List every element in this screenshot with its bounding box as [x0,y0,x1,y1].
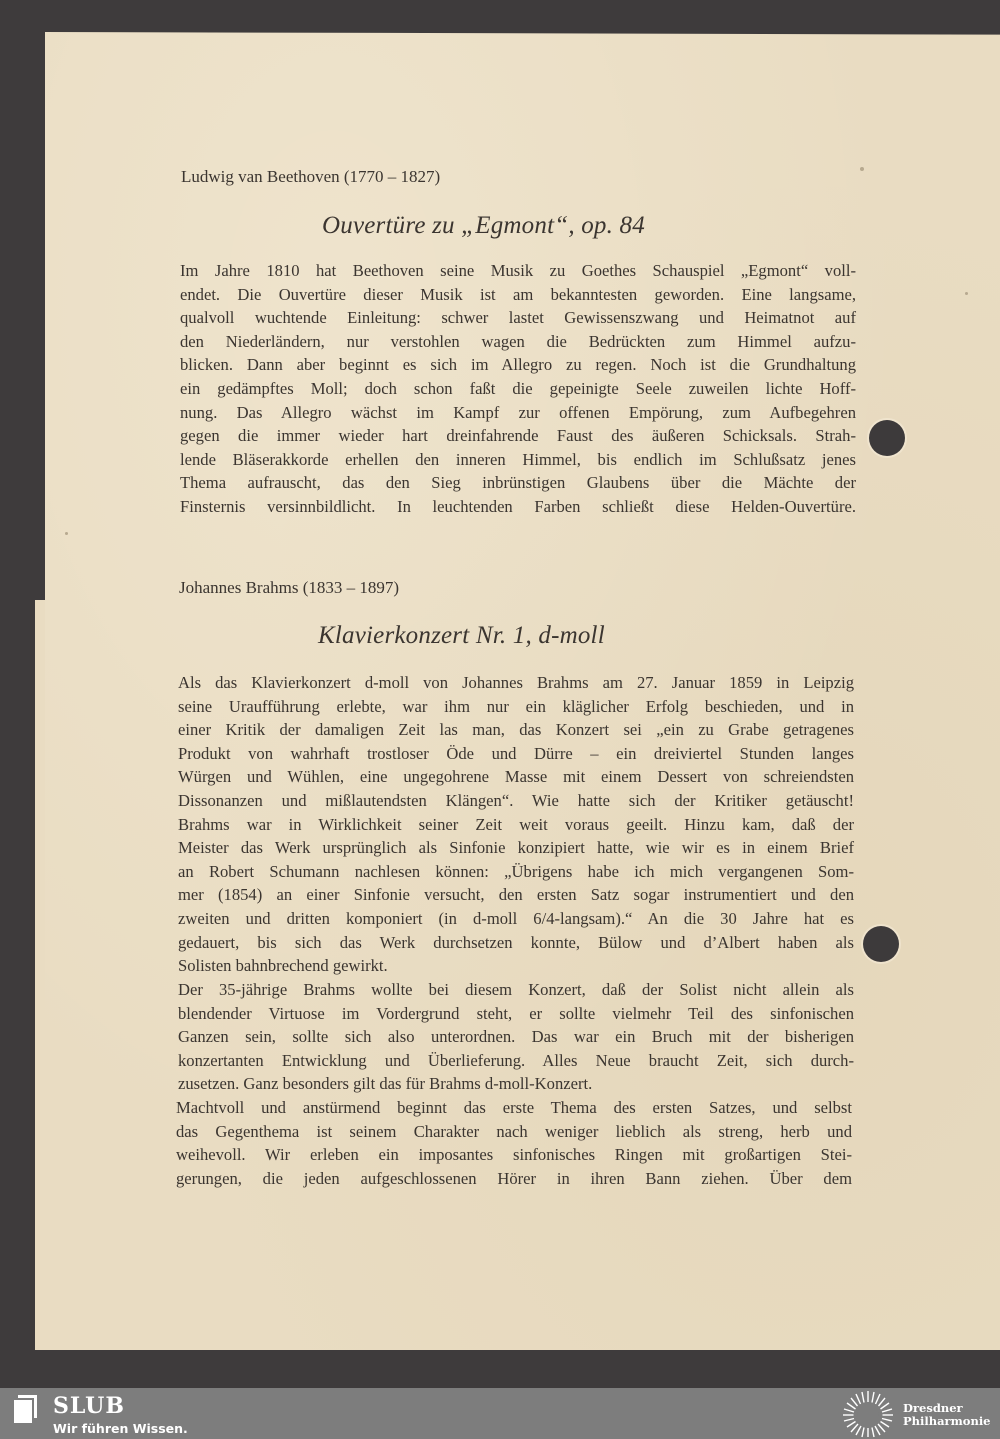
text-line: das Gegenthema ist seinem Charakter nach… [176,1120,852,1144]
text-line: Thema aufrauscht, das den Sieg inbrünsti… [180,471,856,495]
text-line: Ganzen sein, sollte sich also unterordne… [178,1025,854,1049]
composer-heading-beethoven: Ludwig van Beethoven (1770 – 1827) [181,167,440,187]
work-title-klavierkonzert: Klavierkonzert Nr. 1, d-moll [318,622,605,650]
text-line: einer Kritik der damaligen Zeit las man,… [178,718,854,742]
text-line: Brahms war in Wirklichkeit seiner Zeit w… [178,813,854,837]
work-title-egmont: Ouvertüre zu „Egmont“, op. 84 [322,212,645,240]
slub-tagline: Wir führen Wissen. [53,1421,188,1436]
text-line: an Robert Schumann nachlesen können: „Üb… [178,860,854,884]
text-line: zweiten und dritten komponiert (in d-mol… [178,907,854,931]
punch-hole [863,926,899,962]
paper-speck [965,292,968,295]
book-pages-icon [13,1394,41,1424]
dresdner-philharmonie-logo-text: Dresdner Philharmonie [903,1402,991,1428]
paragraph-brahms-3: Machtvoll und anstürmend beginnt das ers… [176,1096,852,1190]
text-line: weihevoll. Wir erleben ein imposantes si… [176,1143,852,1167]
dp-line2: Philharmonie [903,1415,991,1428]
sunburst-ring-icon [841,1390,895,1438]
text-line: Solisten bahnbrechend gewirkt. [178,954,854,978]
text-line: seine Uraufführung erlebte, war ihm nur … [178,695,854,719]
text-line: gerungen, die jeden aufgeschlossenen Hör… [176,1167,852,1191]
paragraph-brahms-1: Als das Klavierkonzert d-moll von Johann… [178,671,854,978]
text-line: Als das Klavierkonzert d-moll von Johann… [178,671,854,695]
text-line: blendender Virtuose im Vordergrund steht… [178,1002,854,1026]
text-line: endet. Die Ouvertüre dieser Musik ist am… [180,283,856,307]
text-line: nung. Das Allegro wächst im Kampf zur of… [180,401,856,425]
text-line: den Niederländern, nur verstohlen wagen … [180,330,856,354]
paper-speck [65,532,68,535]
footer-bar: SLUB Wir führen Wissen. [0,1388,1000,1439]
text-line: konzertanten Entwicklung und Überlieferu… [178,1049,854,1073]
text-line: Würgen und Wühlen, eine ungegohrene Mass… [178,765,854,789]
text-line: Finsternis versinnbildlicht. In leuchten… [180,495,856,519]
paragraph-brahms-2: Der 35-jährige Brahms wollte bei diesem … [178,978,854,1096]
text-line: Machtvoll und anstürmend beginnt das ers… [176,1096,852,1120]
text-line: gedauert, bis sich das Werk durchsetzen … [178,931,854,955]
text-line: Dissonanzen und mißlautendsten Klängen“.… [178,789,854,813]
text-line: zusetzen. Ganz besonders gilt das für Br… [178,1072,854,1096]
text-line: Im Jahre 1810 hat Beethoven seine Musik … [180,259,856,283]
text-line: Meister das Werk ursprünglich als Sinfon… [178,836,854,860]
text-line: lende Bläserakkorde erhellen den inneren… [180,448,856,472]
text-line: mer (1854) an einer Sinfonie versucht, d… [178,883,854,907]
text-line: Produkt von wahrhaft trostloser Öde und … [178,742,854,766]
composer-heading-brahms: Johannes Brahms (1833 – 1897) [179,578,399,598]
text-line: gegen die immer wieder hart dreinfahrend… [180,424,856,448]
text-line: ein gedämpftes Moll; doch schon faßt die… [180,377,856,401]
paragraph-egmont: Im Jahre 1810 hat Beethoven seine Musik … [180,259,856,519]
text-line: Der 35-jährige Brahms wollte bei diesem … [178,978,854,1002]
text-line: qualvoll wuchtende Einleitung: schwer la… [180,306,856,330]
paper-speck [860,167,864,171]
slub-logo-text: SLUB [53,1393,125,1419]
text-line: blicken. Dann aber beginnt es sich im Al… [180,353,856,377]
punch-hole [869,420,905,456]
